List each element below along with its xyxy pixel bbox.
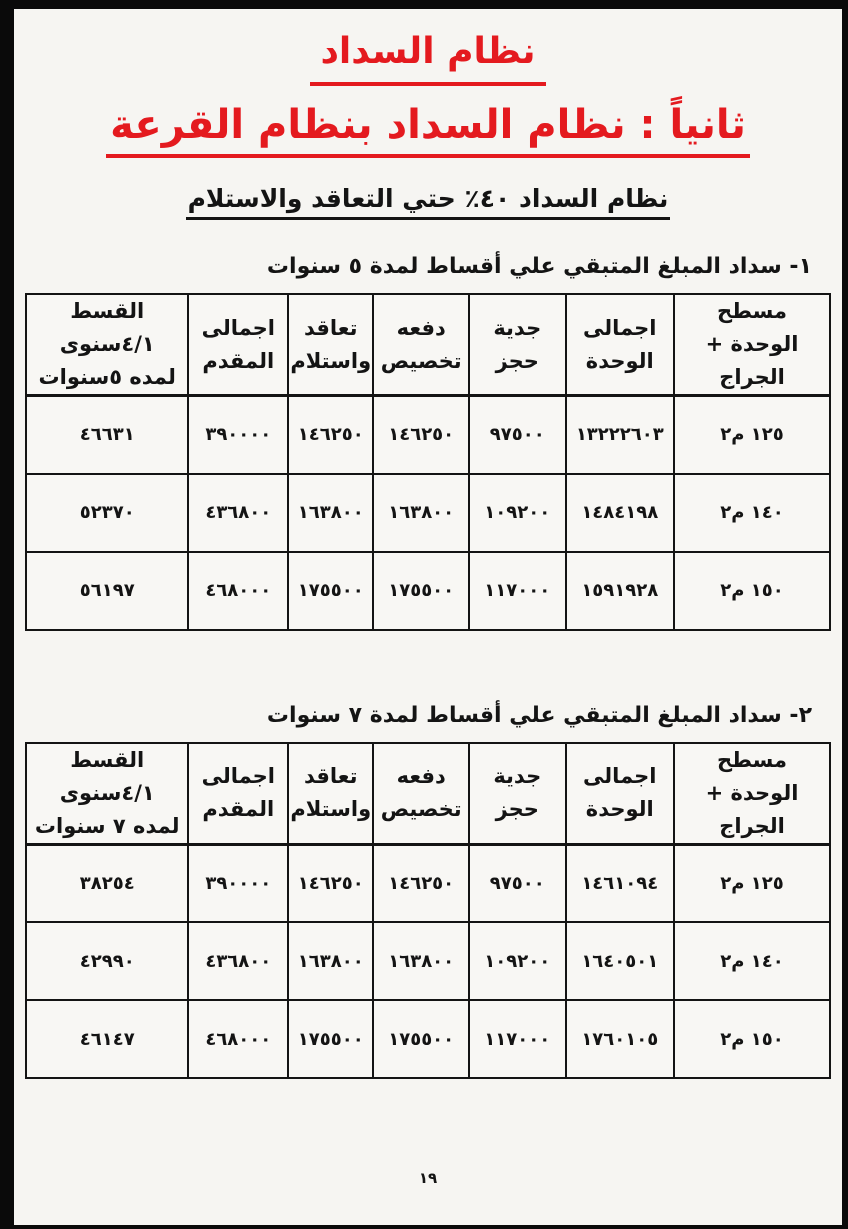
table-cell: ١٤٦٢٥٠ <box>373 844 469 922</box>
header-row: مسطح الوحدة + الجراج اجمالى الوحدة جدية … <box>26 743 830 845</box>
table-cell: ٤٣٦٨٠٠ <box>188 922 288 1000</box>
table-cell: ١٤٠ م٢ <box>674 922 830 1000</box>
table-cell: ٥٦١٩٧ <box>26 552 188 630</box>
table-cell: ١٣٢٢٢٦٠٣ <box>566 396 675 474</box>
table-cell: ٤٦١٤٧ <box>26 1000 188 1078</box>
table-cell: ٣٨٢٥٤ <box>26 844 188 922</box>
page-number: ١٩ <box>14 1169 842 1187</box>
table-cell: ٤٢٩٩٠ <box>26 922 188 1000</box>
table-cell: ١٧٥٥٠٠ <box>373 1000 469 1078</box>
column-header-downpayment-total: اجمالى المقدم <box>188 294 288 396</box>
section-1-heading: ١- سداد المبلغ المتبقي علي أقساط لمدة ٥ … <box>14 254 812 279</box>
column-header-unit-area: مسطح الوحدة + الجراج <box>674 294 830 396</box>
table-cell: ١٠٩٢٠٠ <box>469 474 565 552</box>
table-cell: ١٤٨٤١٩٨ <box>566 474 675 552</box>
table-row: ١٢٥ م٢ ١٤٦١٠٩٤ ٩٧٥٠٠ ١٤٦٢٥٠ ١٤٦٢٥٠ ٣٩٠٠٠… <box>26 844 830 922</box>
column-header-reservation-deposit: جدية حجز <box>469 743 565 845</box>
column-header-downpayment-total: اجمالى المقدم <box>188 743 288 845</box>
installments-7-years-table: مسطح الوحدة + الجراج اجمالى الوحدة جدية … <box>25 742 831 1080</box>
table-cell: ١١٧٠٠٠ <box>469 552 565 630</box>
table-cell: ١٥٩١٩٢٨ <box>566 552 675 630</box>
table-cell: ١٤٦٢٥٠ <box>288 396 373 474</box>
table-cell: ٤٦٨٠٠٠ <box>188 552 288 630</box>
column-header-contract-receipt: تعاقد واستلام <box>288 743 373 845</box>
column-header-allocation-payment: دفعه تخصيص <box>373 294 469 396</box>
table-cell: ١٠٩٢٠٠ <box>469 922 565 1000</box>
table-cell: ٣٩٠٠٠٠ <box>188 844 288 922</box>
column-header-quarterly-installment: القسط ٤/١سنوى لمده ٧ سنوات <box>26 743 188 845</box>
table-row: ١٥٠ م٢ ١٥٩١٩٢٨ ١١٧٠٠٠ ١٧٥٥٠٠ ١٧٥٥٠٠ ٤٦٨٠… <box>26 552 830 630</box>
table-cell: ٥٢٣٧٠ <box>26 474 188 552</box>
table-cell: ١٧٥٥٠٠ <box>288 1000 373 1078</box>
payment-note-text: نظام السداد ٤٠٪ حتي التعاقد والاستلام <box>186 184 671 220</box>
table-cell: ١٧٥٥٠٠ <box>373 552 469 630</box>
table-cell: ٩٧٥٠٠ <box>469 844 565 922</box>
table-cell: ١٤٠ م٢ <box>674 474 830 552</box>
doc-title: نظام السداد <box>14 31 842 86</box>
table-cell: ٤٦٨٠٠٠ <box>188 1000 288 1078</box>
table-row: ١٤٠ م٢ ١٤٨٤١٩٨ ١٠٩٢٠٠ ١٦٣٨٠٠ ١٦٣٨٠٠ ٤٣٦٨… <box>26 474 830 552</box>
table-cell: ١٢٥ م٢ <box>674 844 830 922</box>
table-cell: ٤٣٦٨٠٠ <box>188 474 288 552</box>
table-cell: ١٦٣٨٠٠ <box>288 922 373 1000</box>
column-header-unit-total: اجمالى الوحدة <box>566 294 675 396</box>
table-cell: ١٤٦٢٥٠ <box>373 396 469 474</box>
doc-subtitle-text: ثانياً : نظام السداد بنظام القرعة <box>106 102 750 158</box>
table-cell: ١٦٣٨٠٠ <box>373 474 469 552</box>
table-cell: ١١٧٠٠٠ <box>469 1000 565 1078</box>
table-cell: ١٦٣٨٠٠ <box>288 474 373 552</box>
table-cell: ١٧٦٠١٠٥ <box>566 1000 675 1078</box>
column-header-quarterly-installment: القسط ٤/١سنوى لمده ٥سنوات <box>26 294 188 396</box>
doc-title-text: نظام السداد <box>310 31 545 86</box>
table-row: ١٤٠ م٢ ١٦٤٠٥٠١ ١٠٩٢٠٠ ١٦٣٨٠٠ ١٦٣٨٠٠ ٤٣٦٨… <box>26 922 830 1000</box>
table-row: ١٢٥ م٢ ١٣٢٢٢٦٠٣ ٩٧٥٠٠ ١٤٦٢٥٠ ١٤٦٢٥٠ ٣٩٠٠… <box>26 396 830 474</box>
column-header-contract-receipt: تعاقد واستلام <box>288 294 373 396</box>
table-cell: ١٤٦١٠٩٤ <box>566 844 675 922</box>
table-cell: ١٢٥ م٢ <box>674 396 830 474</box>
table-cell: ٩٧٥٠٠ <box>469 396 565 474</box>
payment-note: نظام السداد ٤٠٪ حتي التعاقد والاستلام <box>14 184 842 220</box>
doc-subtitle: ثانياً : نظام السداد بنظام القرعة <box>14 102 842 158</box>
table-cell: ١٥٠ م٢ <box>674 1000 830 1078</box>
scanned-document-page: نظام السداد ثانياً : نظام السداد بنظام ا… <box>0 0 848 1229</box>
table-row: ١٥٠ م٢ ١٧٦٠١٠٥ ١١٧٠٠٠ ١٧٥٥٠٠ ١٧٥٥٠٠ ٤٦٨٠… <box>26 1000 830 1078</box>
column-header-unit-area: مسطح الوحدة + الجراج <box>674 743 830 845</box>
table-cell: ١٤٦٢٥٠ <box>288 844 373 922</box>
column-header-unit-total: اجمالى الوحدة <box>566 743 675 845</box>
table-cell: ٣٩٠٠٠٠ <box>188 396 288 474</box>
table-cell: ١٦٤٠٥٠١ <box>566 922 675 1000</box>
table-cell: ١٥٠ م٢ <box>674 552 830 630</box>
table-cell: ١٦٣٨٠٠ <box>373 922 469 1000</box>
table-cell: ٤٦٦٣١ <box>26 396 188 474</box>
column-header-reservation-deposit: جدية حجز <box>469 294 565 396</box>
header-row: مسطح الوحدة + الجراج اجمالى الوحدة جدية … <box>26 294 830 396</box>
column-header-allocation-payment: دفعه تخصيص <box>373 743 469 845</box>
section-2-heading: ٢- سداد المبلغ المتبقي علي أقساط لمدة ٧ … <box>14 703 812 728</box>
table-cell: ١٧٥٥٠٠ <box>288 552 373 630</box>
installments-5-years-table: مسطح الوحدة + الجراج اجمالى الوحدة جدية … <box>25 293 831 631</box>
